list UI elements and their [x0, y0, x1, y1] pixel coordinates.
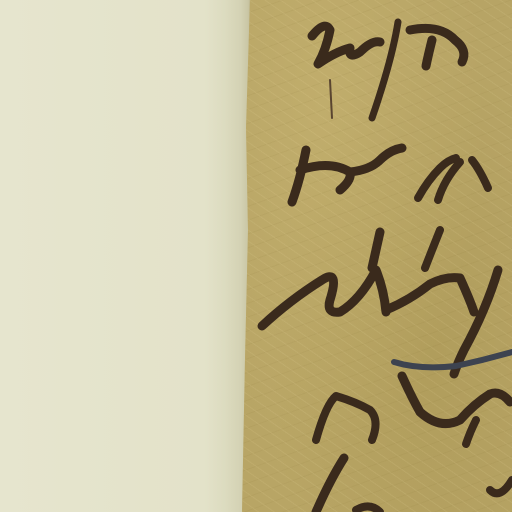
handwriting-ink	[0, 0, 512, 512]
manuscript-photo: Close-up photograph of a handwritten man…	[0, 0, 512, 512]
